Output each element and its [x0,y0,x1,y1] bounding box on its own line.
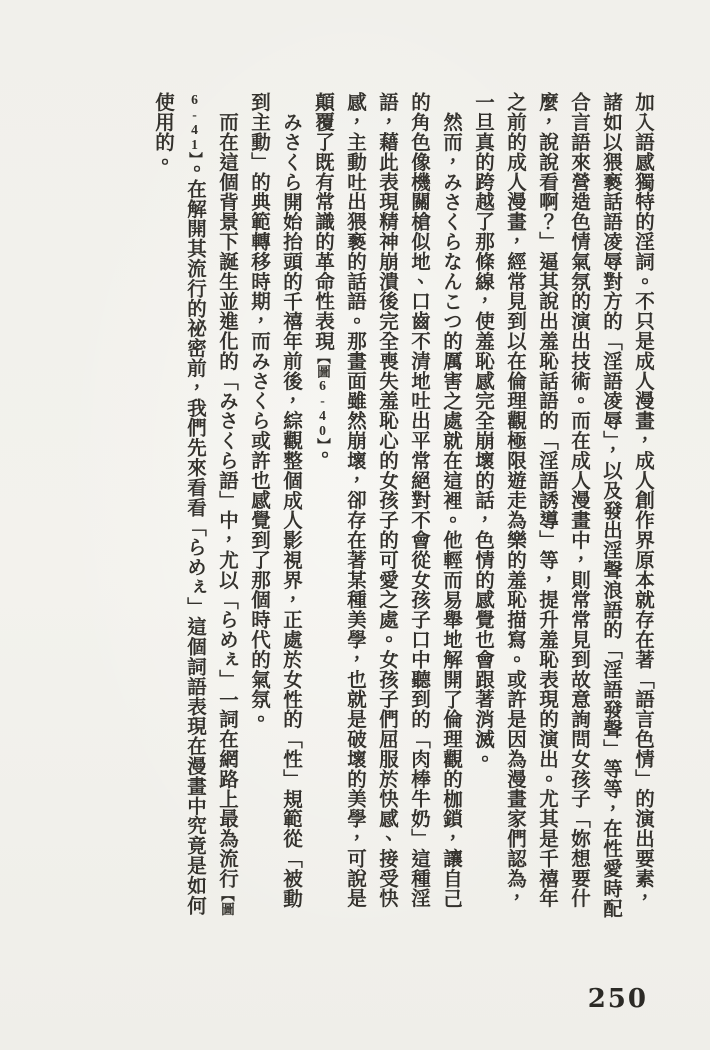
text-run: 而在這個背景下誕生並進化的「みさくら語」中，尤以「らめぇ」一詞在網路上最為流行 [216,112,237,888]
paragraph: みさくら開始抬頭的千禧年前後，綜觀整個成人影視界，正處於女性的「性」規範從「被動… [242,92,306,926]
text-run: 然而，みさくらなんこつ的厲害之處就在這裡。他輕而易舉地解開了倫理觀的枷鎖，讓自己… [312,92,461,908]
paragraph: 而在這個背景下誕生並進化的「みさくら語」中，尤以「らめぇ」一詞在網路上最為流行【… [146,92,242,926]
text-run: 加入語感獨特的淫詞。不只是成人漫畫，成人創作界原本就存在著「語言色情」的演出要素… [472,92,653,918]
body-text: 加入語感獨特的淫詞。不只是成人漫畫，成人創作界原本就存在著「語言色情」的演出要素… [146,92,658,926]
paragraph: 然而，みさくらなんこつ的厲害之處就在這裡。他輕而易舉地解開了倫理觀的枷鎖，讓自己… [306,92,466,926]
book-page: 加入語感獨特的淫詞。不只是成人漫畫，成人創作界原本就存在著「語言色情」的演出要素… [0,0,710,1050]
paragraph: 加入語感獨特的淫詞。不只是成人漫畫，成人創作界原本就存在著「語言色情」的演出要素… [466,92,658,926]
text-run: みさくら開始抬頭的千禧年前後，綜觀整個成人影視界，正處於女性的「性」規範從「被動… [248,92,301,908]
figure-reference: 【圖6-40】 [315,351,330,445]
text-run: 。 [312,445,333,465]
text-run: 。在解開其流行的祕密前，我們先來看看「らめぇ」這個詞語表現在漫畫中究竟是如何使用… [152,92,205,915]
page-number: 250 [588,984,648,1014]
